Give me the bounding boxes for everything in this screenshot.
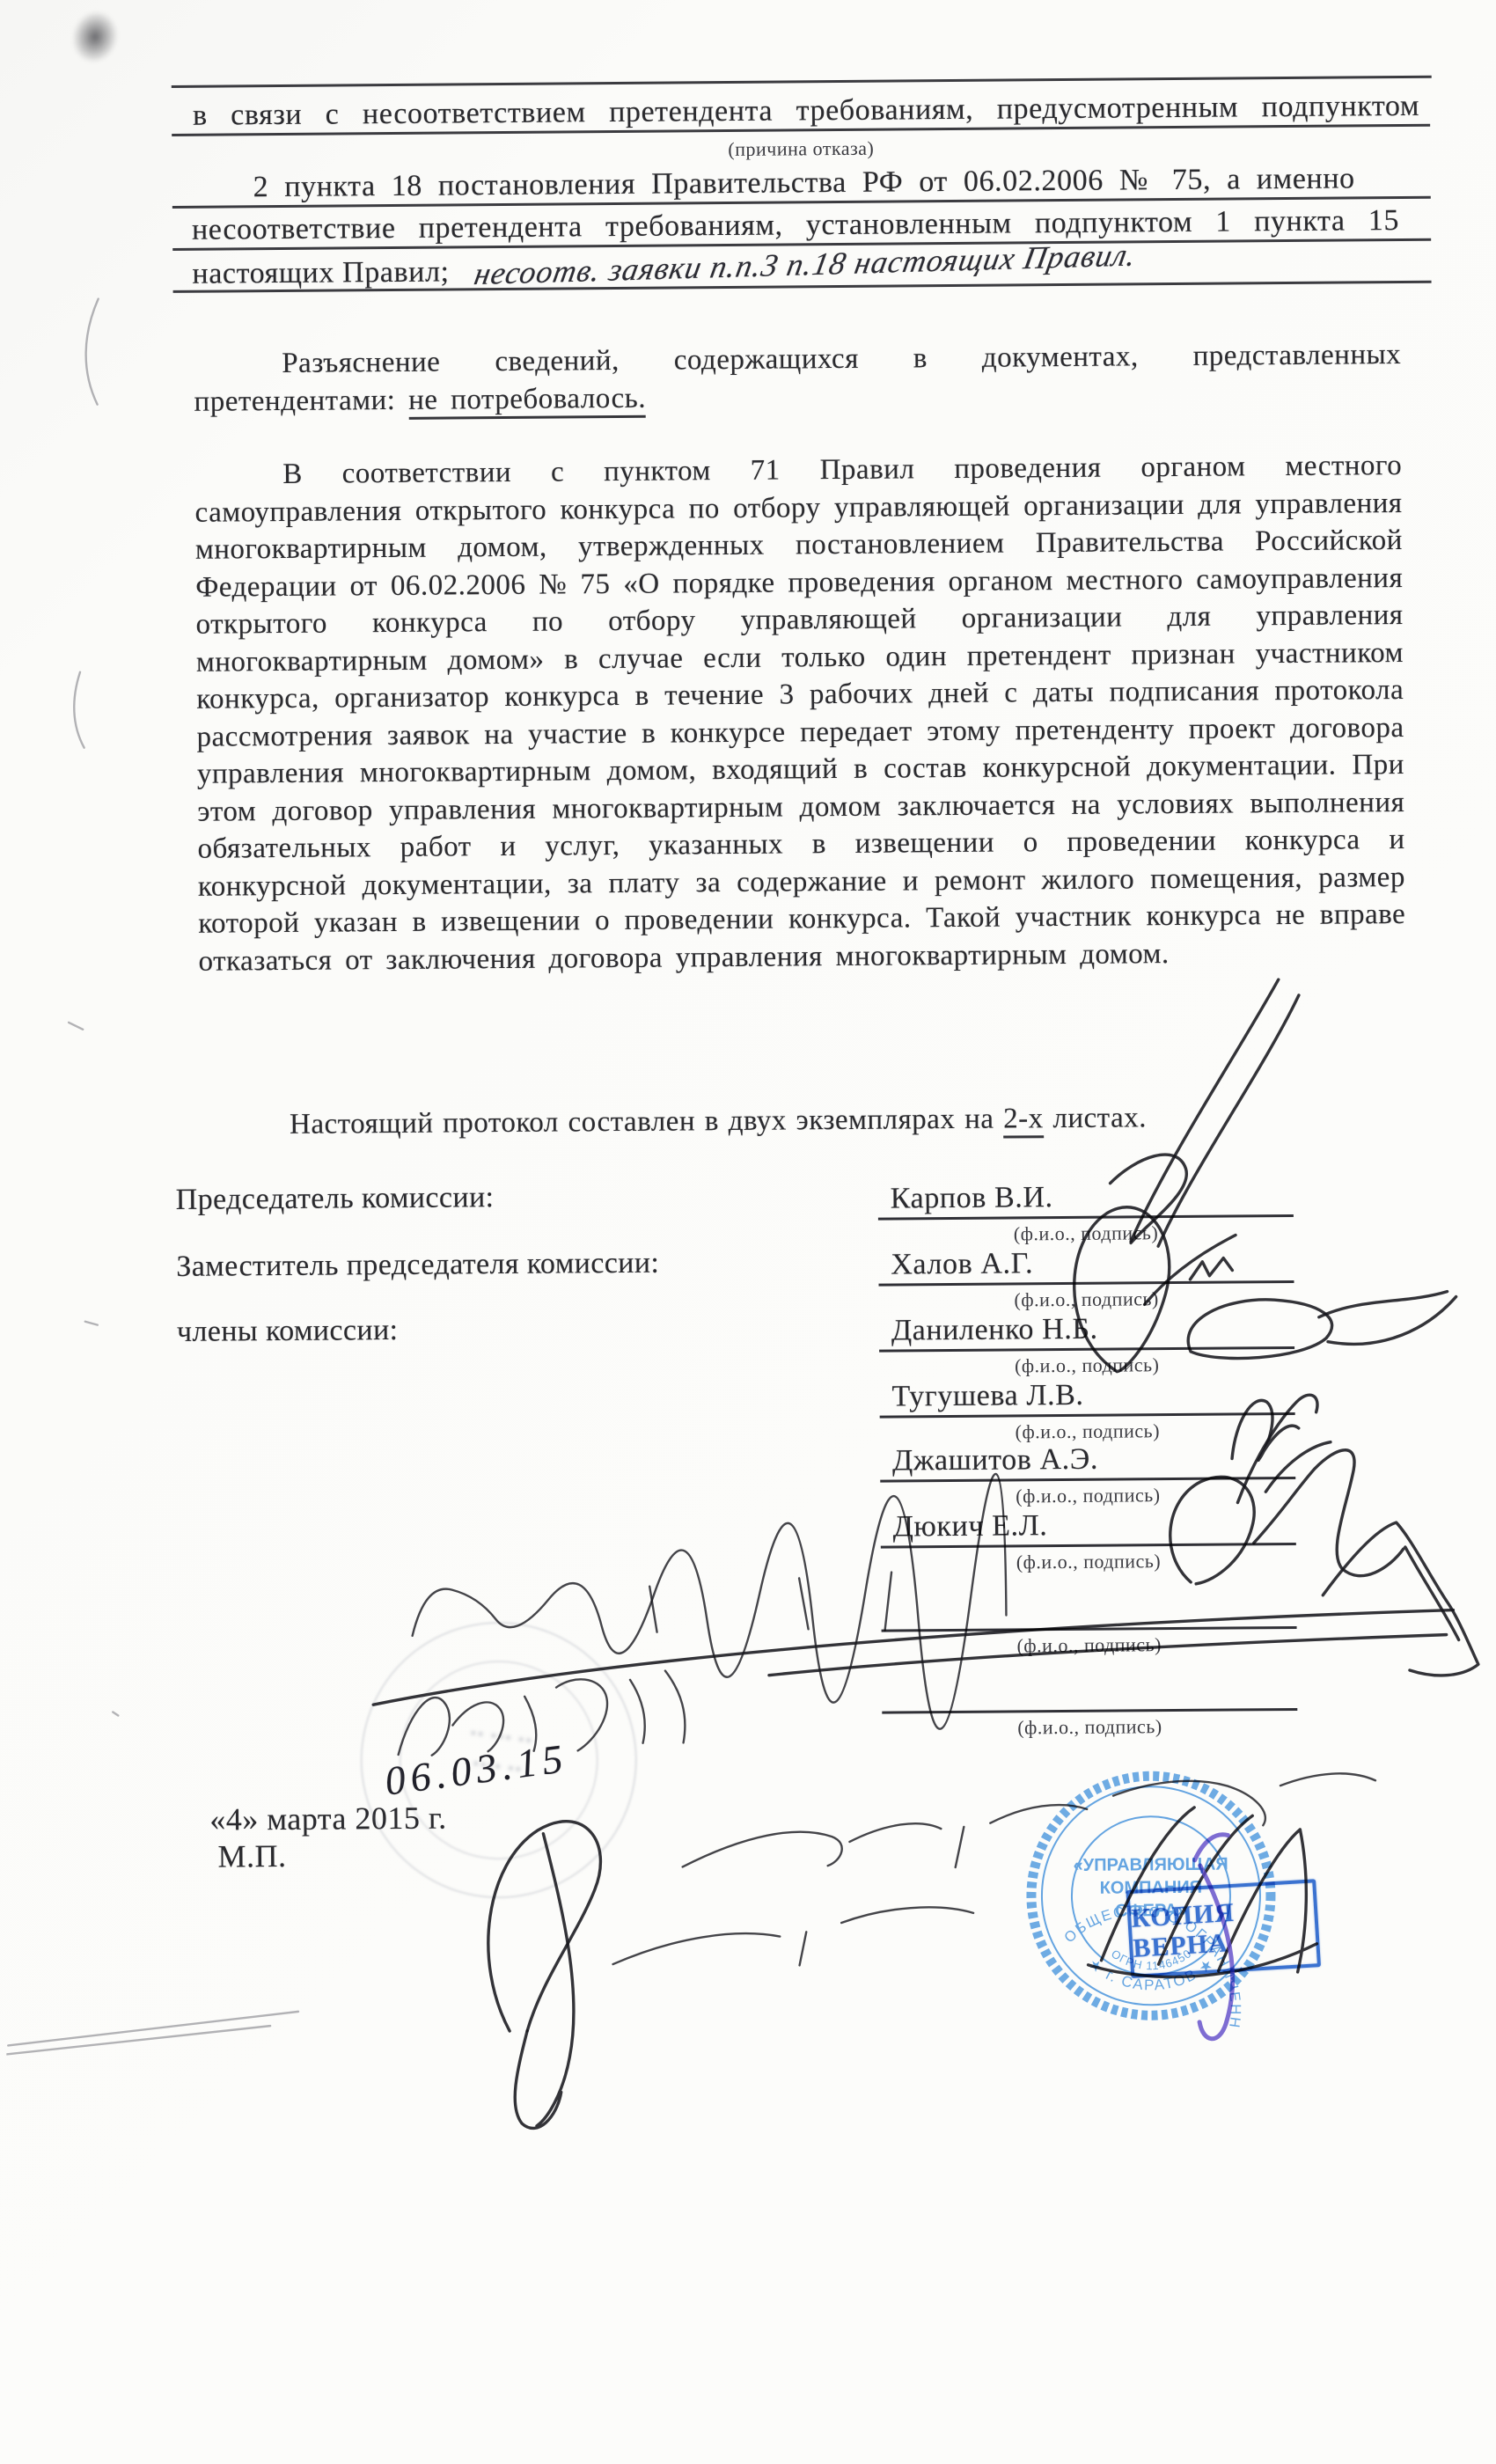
fio-caption: (ф.и.о., подпись) — [882, 1632, 1297, 1659]
scan-fold-artifact — [6, 2012, 298, 2055]
signer-name — [882, 1670, 1297, 1714]
signature-row: Дюкич Е.Л. (ф.и.о., подпись) — [880, 1505, 1296, 1575]
signer-name: Тугушева Л.В. — [879, 1375, 1294, 1419]
copies-suffix: листах. — [1052, 1102, 1147, 1134]
copies-underlined: 2-х — [1003, 1103, 1044, 1138]
signature-flourish — [1323, 1522, 1478, 1676]
refusal-line-1: в связи с несоответствием претендента тр… — [172, 86, 1430, 136]
clarification-underlined: не потребовалось. — [408, 382, 646, 419]
signature-row: Даниленко Н.Б. (ф.и.о., подпись) — [879, 1309, 1295, 1379]
scan-specks — [69, 1022, 118, 1715]
signature-row-empty: (ф.и.о., подпись) — [882, 1670, 1298, 1741]
label-members: члены комиссии: — [177, 1314, 399, 1349]
fio-caption: (ф.и.о., подпись) — [882, 1714, 1297, 1741]
signer-name: Джашитов А.Э. — [880, 1439, 1295, 1483]
refusal-line-4: настоящих Правил; несоотв. заявки п.п.3 … — [172, 243, 1431, 293]
faint-gray-stamp: ▪▪ ▪▪▪ ▪▪ ▪▪▪▪ ▪▪ — [343, 1605, 654, 1916]
label-deputy: Заместитель председателя комиссии: — [176, 1247, 659, 1284]
scan-curve-artifact — [85, 299, 99, 405]
clarification-paragraph: Разъяснение сведений, содержащихся в док… — [194, 336, 1402, 421]
signature-row: Тугушева Л.В. (ф.и.о., подпись) — [879, 1375, 1295, 1445]
stamp-center-line1: «УПРАВЛЯЮЩАЯ — [1074, 1855, 1228, 1875]
clarification-prefix: претендентами: — [194, 384, 395, 417]
handwritten-signer-name — [649, 1573, 892, 1632]
protocol-copies-line: Настоящий протокол составлен в двух экзе… — [200, 1097, 1407, 1144]
signature-row: Джашитов А.Э. (ф.и.о., подпись) — [880, 1439, 1296, 1509]
signer-name: Дюкич Е.Л. — [880, 1505, 1295, 1549]
signature-row: Карпов В.И. (ф.и.о., подпись) — [878, 1177, 1294, 1247]
label-chairman: Председатель комиссии: — [176, 1181, 495, 1217]
signer-name: Карпов В.И. — [878, 1177, 1294, 1221]
main-paragraph: В соответствии с пунктом 71 Правил прове… — [194, 447, 1406, 980]
refusal-line-3: несоответствие претендента требованиям, … — [172, 201, 1431, 251]
blank-field-rule — [172, 76, 1432, 88]
refusal-line-2: 2 пункта 18 постановления Правительства … — [172, 158, 1431, 209]
fio-caption: (ф.и.о., подпись) — [881, 1549, 1296, 1575]
copies-prefix: Настоящий протокол составлен в двух экзе… — [290, 1104, 994, 1140]
signature-row: Халов А.Г. (ф.и.о., подпись) — [878, 1243, 1294, 1313]
signature-danilenko — [1319, 1292, 1456, 1345]
signature-row-handwritten: (ф.и.о., подпись) — [881, 1588, 1297, 1659]
signer-name: Даниленко Н.Б. — [879, 1309, 1294, 1353]
scan-curve-artifact — [74, 672, 84, 748]
copy-verna-stamp: КОПИЯ ВЕРНА — [1126, 1879, 1321, 1978]
signer-name — [881, 1588, 1296, 1632]
scanned-protocol-page: в связи с несоответствием претендента тр… — [0, 0, 1496, 2464]
signer-name: Халов А.Г. — [878, 1243, 1294, 1287]
seal-mark: М.П. — [217, 1837, 286, 1875]
handwritten-inscription — [612, 1907, 973, 1967]
refusal-line-4-typed: настоящих Правил; — [192, 255, 449, 290]
